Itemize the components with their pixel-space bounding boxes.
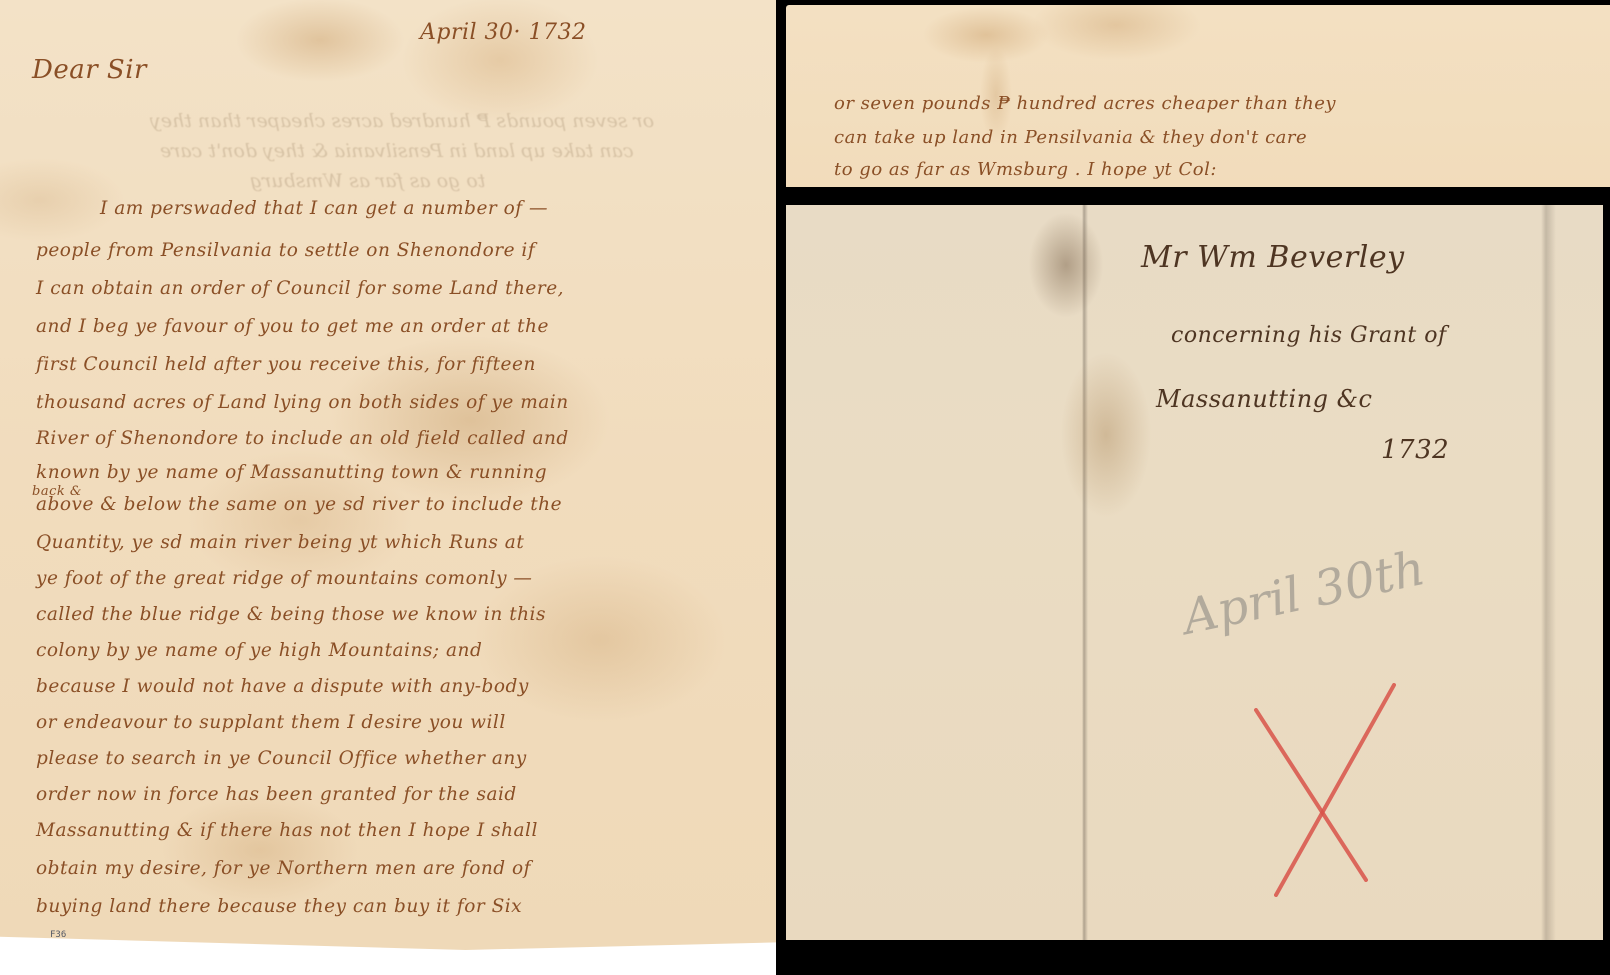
body-line: ye foot of the great ridge of mountains … (36, 568, 532, 589)
letter-front-panel: or seven pounds ₱ hundred acres cheaper … (0, 0, 776, 975)
docket-subject-line: Massanutting &c (1156, 385, 1372, 413)
red-crayon-x-mark (1246, 680, 1406, 900)
body-line: Quantity, ye sd main river being yt whic… (36, 532, 524, 553)
ghost-text-line: to go as far as Wmsburg (250, 170, 485, 192)
body-line: colony by ye name of ye high Mountains; … (36, 640, 482, 661)
body-line: please to search in ye Council Office wh… (36, 748, 527, 769)
body-line: obtain my desire, for ye Northern men ar… (36, 858, 531, 879)
docket-panel: Mr Wm Beverley concerning his Grant of M… (786, 205, 1603, 940)
body-line: called the blue ridge & being those we k… (36, 604, 546, 625)
salutation: Dear Sir (32, 55, 147, 85)
body-line: Massanutting & if there has not then I h… (36, 820, 538, 841)
archive-catalog-mark: F36 20 581 (50, 930, 83, 950)
ghost-text-line: can take up land in Pensilvania & they d… (160, 140, 634, 162)
body-line: I am perswaded that I can get a number o… (100, 198, 548, 219)
body-line: or endeavour to supplant them I desire y… (36, 712, 506, 733)
body-line: above & below the same on ye sd river to… (36, 494, 562, 515)
body-line: I can obtain an order of Council for som… (36, 278, 564, 299)
ghost-text-line: or seven pounds ₱ hundred acres cheaper … (150, 110, 654, 132)
docket-subject-line: concerning his Grant of (1171, 323, 1447, 348)
body-line: buying land there because they can buy i… (36, 896, 522, 917)
archive-mark-line: F36 (50, 930, 83, 940)
body-line: and I beg ye favour of you to get me an … (36, 316, 549, 337)
body-line: people from Pensilvania to settle on She… (36, 240, 535, 261)
pencil-date-note: April 30th (1178, 540, 1430, 646)
letter-paper: or seven pounds ₱ hundred acres cheaper … (0, 0, 776, 950)
docket-year: 1732 (1381, 435, 1449, 465)
continuation-line: can take up land in Pensilvania & they d… (834, 127, 1307, 148)
body-line: because I would not have a dispute with … (36, 676, 529, 697)
body-line: River of Shenondore to include an old fi… (36, 428, 569, 449)
body-line: first Council held after you receive thi… (36, 354, 536, 375)
continuation-line: to go as far as Wmsburg . I hope yt Col: (834, 159, 1217, 180)
docket-addressee: Mr Wm Beverley (1141, 240, 1405, 275)
continuation-line: or seven pounds ₱ hundred acres cheaper … (834, 93, 1336, 114)
body-line: known by ye name of Massanutting town & … (36, 462, 547, 483)
body-line: thousand acres of Land lying on both sid… (36, 392, 569, 413)
archive-mark-line: 20 581 (50, 940, 83, 950)
letter-continuation-panel: or seven pounds ₱ hundred acres cheaper … (786, 5, 1610, 187)
body-line: order now in force has been granted for … (36, 784, 517, 805)
letter-date: April 30· 1732 (420, 20, 587, 45)
